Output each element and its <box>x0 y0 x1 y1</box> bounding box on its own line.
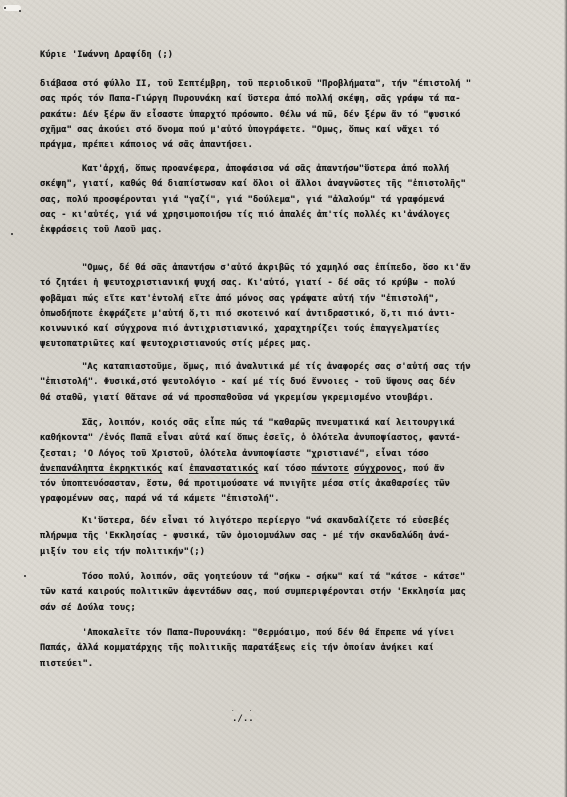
paragraph: διάβασα στό φύλλο II, τοῦ Σεπτέμβρη, τοῦ… <box>40 77 550 153</box>
text-line: διάβασα στό φύλλο II, τοῦ Σεπτέμβρη, τοῦ… <box>40 77 550 92</box>
text-line: φοβᾶμαι πώς εἴτε κατ'ἐντολή εἴτε ἀπό μόν… <box>40 292 550 307</box>
text-line: πιστεύει". <box>40 657 550 672</box>
text-line: ἀνεπανάληπτα ἐκρηκτικός καί ἐπαναστατικό… <box>40 462 550 477</box>
text-line: θά σταθῶ, γιατί θἄτανε σά νά προσπαθοῦσα… <box>40 391 550 406</box>
text-line: ρακάτω: Δέν ξέρω ἄν εἶσαστε ὑπαρχτό πρόσ… <box>40 108 550 123</box>
text-line: γραφομένων σας, παρά νά τά κάμετε "ἐπιστ… <box>40 492 550 507</box>
text-line: "ἐπιστολή". Φυσικά,στό ψευτολόγιο - καί … <box>40 375 550 390</box>
paper-speck <box>11 233 13 235</box>
text-line: καθήκοντα" /ἑνός Παπᾶ εἶναι αὐτά καί ὅπω… <box>40 431 550 446</box>
text-line: σας πρός τόν Παπα-Γιώργη Πυρουνάκη καί ὕ… <box>40 92 550 107</box>
paragraph: Σᾶς, λοιπόν, κοιός σᾶς εἶπε πώς τά "καθα… <box>40 416 550 508</box>
text-line: σκέψη", γιατί, καθώς θά διαπίστωσαν καί … <box>40 177 550 192</box>
text-line: ψευτοπατριῶτες καί ψευτοχριστιανούς στίς… <box>40 337 550 352</box>
text-line: τῶν κατά καιρούς πολιτικῶν ἀφεντάδων σας… <box>40 585 550 600</box>
text-line: κοινωνικό καί σύγχρονα πιό ἀντιχριστιανι… <box>40 322 550 337</box>
text-line: σας - κι'αὐτές, γιά νά χρησιμοποιήσω τίς… <box>40 208 550 223</box>
text-line: πράγμα, πρέπει κάποιος νά σᾶς ἀπαντήσει. <box>40 138 550 153</box>
page-continuation-mark: ./.. <box>232 714 254 724</box>
salutation: Κύριε 'Ιωάννη Δραφίδη (;) <box>40 50 173 60</box>
text-line: ὁπωσδήποτε ἐκφράζετε μ'αὐτή ὅ,τι πιό σκο… <box>40 307 550 322</box>
text-line: σάν σέ Δούλα τους; <box>40 601 550 616</box>
text-line: πλήρωμα τῆς 'Εκκλησίας - φυσικά, τῶν ὁμο… <box>40 529 550 544</box>
text-line: "Ας καταπιαστοῦμε, ὅμως, πιό ἀναλυτικά μ… <box>40 360 550 375</box>
paragraph: 'Αποκαλεῖτε τόν Παπα-Πυρουνάκη: "Θερμόαι… <box>40 626 550 672</box>
paragraph: "Ομως, δέ θά σᾶς ἀπαντήσω σ'αὐτό ἀκριβῶς… <box>40 261 550 353</box>
paragraph: Τόσο πολύ, λοιπόν, σᾶς γοητεύουν τά "σήκ… <box>40 570 550 616</box>
text-line: σας, πολύ προσφέρονται γιά "γαζί", γιά "… <box>40 193 550 208</box>
paper-speck <box>4 7 6 9</box>
text-line: τόν ὑποπτευόσασταν, ἔστω, θά προτιμούσατ… <box>40 477 550 492</box>
text-line: 'Αποκαλεῖτε τόν Παπα-Πυρουνάκη: "Θερμόαι… <box>40 626 550 641</box>
paragraph: "Ας καταπιαστοῦμε, ὅμως, πιό ἀναλυτικά μ… <box>40 360 550 406</box>
text-line: "Ομως, δέ θά σᾶς ἀπαντήσω σ'αὐτό ἀκριβῶς… <box>40 261 550 276</box>
typewriter-dots: .. <box>231 706 266 713</box>
paper-speck <box>19 10 21 12</box>
text-line: ἐκφράσεις τοῦ Λαοῦ μας. <box>40 223 550 238</box>
text-line: Σᾶς, λοιπόν, κοιός σᾶς εἶπε πώς τά "καθα… <box>40 416 550 431</box>
text-line: τό ζητάει ἡ ψευτοχριστιανική ψυχή σας. Κ… <box>40 276 550 291</box>
text-line: σχῆμα" σας ἀκούει στό ὄνομα πού μ'αὐτό ὑ… <box>40 123 550 138</box>
text-line: Παπάς, ἀλλά κομματάρχης τῆς πολιτικῆς πα… <box>40 641 550 656</box>
paragraph: Κι'ὕστερα, δέν εἶναι τό λιγότερο περίεργ… <box>40 514 550 560</box>
text-line: μιξίν του εἰς τήν πολιτικήν"(;) <box>40 545 550 560</box>
paragraph: Κατ'ἀρχή, ὅπως προανέφερα, ἀποφάσισα νά … <box>40 162 550 238</box>
text-line: Κι'ὕστερα, δέν εἶναι τό λιγότερο περίεργ… <box>40 514 550 529</box>
text-line: Κατ'ἀρχή, ὅπως προανέφερα, ἀποφάσισα νά … <box>40 162 550 177</box>
text-line: Τόσο πολύ, λοιπόν, σᾶς γοητεύουν τά "σήκ… <box>40 570 550 585</box>
paper-speck <box>24 575 26 577</box>
scanned-page: Κύριε 'Ιωάννη Δραφίδη (;) διάβασα στό φύ… <box>0 0 567 797</box>
text-line: ζεσται; 'Ο Λόγος τοῦ Χριστοῦ, ὁλότελα ἀν… <box>40 447 550 462</box>
